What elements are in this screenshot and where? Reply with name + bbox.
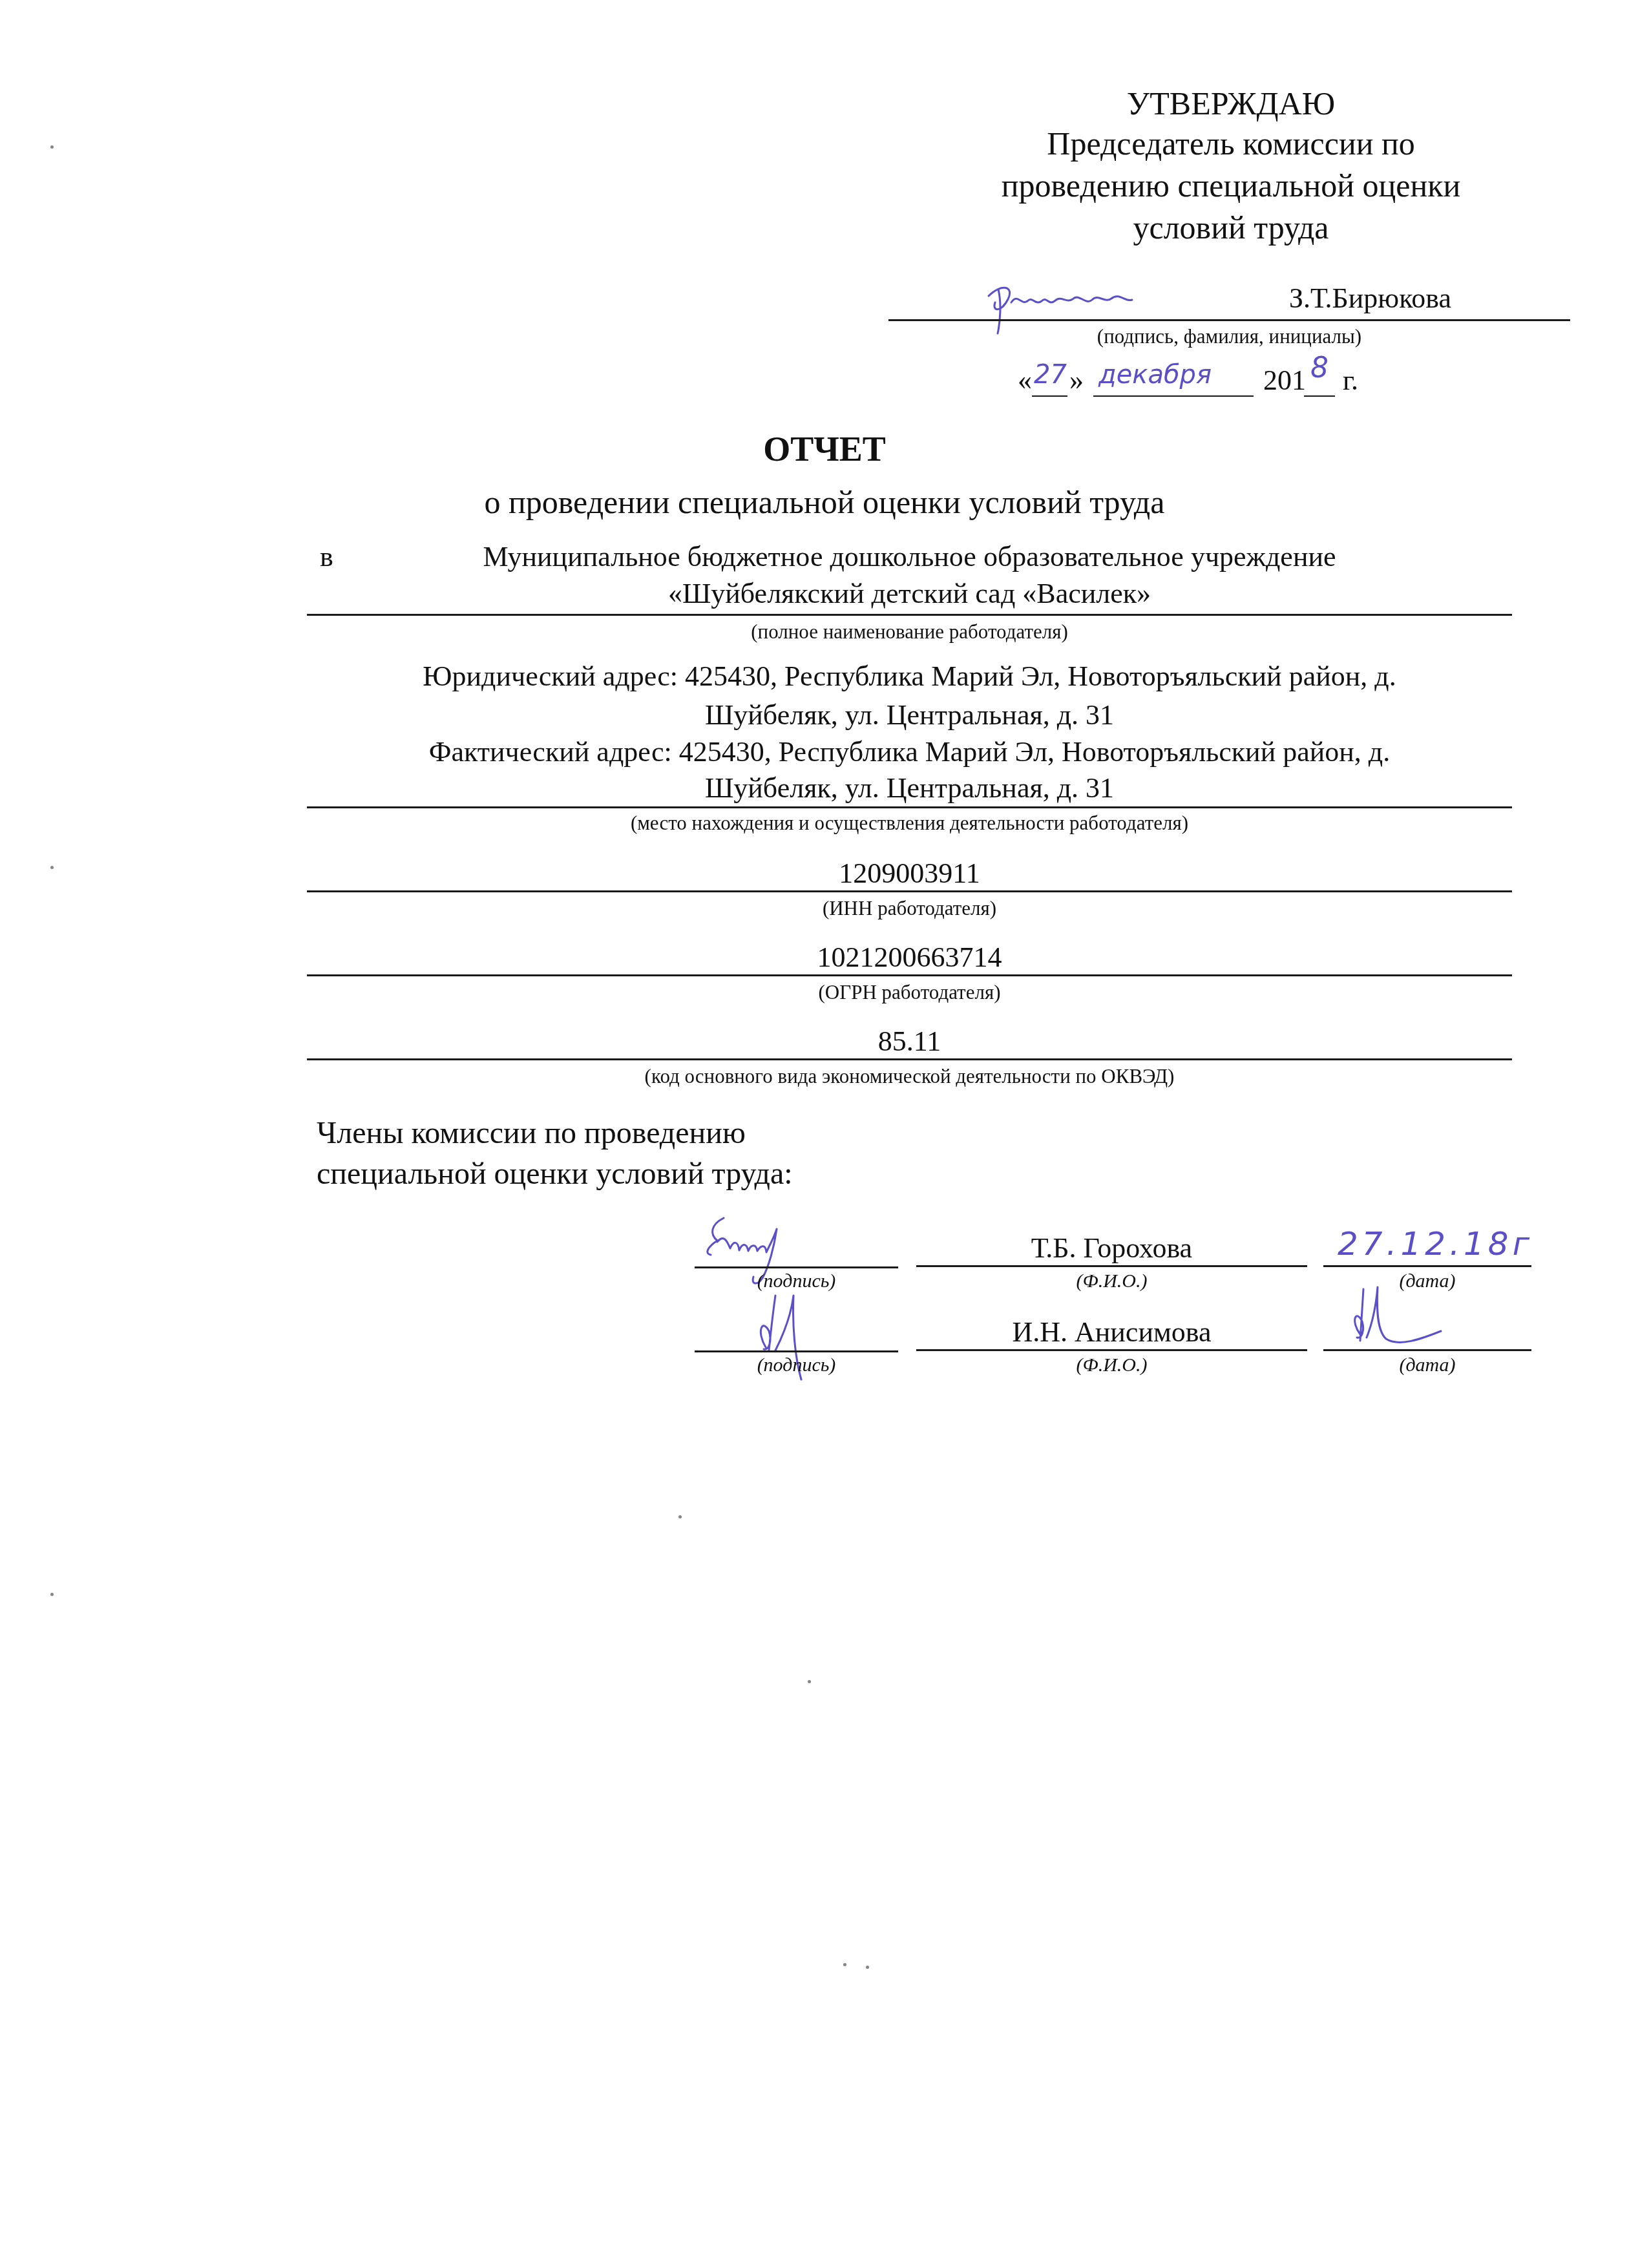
report-subtitle: о проведении специальной оценки условий …: [0, 486, 1649, 518]
legal-address-line-1: Юридический адрес: 425430, Республика Ма…: [307, 662, 1512, 691]
date-day-handwritten: 27: [1034, 362, 1067, 388]
scan-speck: [50, 145, 54, 149]
employer-name-caption: (полное наименование работодателя): [307, 622, 1512, 642]
ogrn-caption: (ОГРН работодателя): [307, 982, 1512, 1002]
okved-caption: (код основного вида экономической деятел…: [307, 1066, 1512, 1086]
approval-block: УТВЕРЖДАЮ Председатель комиссии по прове…: [892, 87, 1570, 253]
employer-name-line-2: «Шуйбелякский детский сад «Василек»: [307, 580, 1512, 608]
member-1-signature-line: [695, 1266, 898, 1268]
member-1-name-caption: (Ф.И.О.): [916, 1272, 1307, 1291]
scan-speck: [843, 1963, 846, 1966]
approval-position-line-1: Председатель комиссии по: [892, 127, 1570, 169]
scan-speck: [808, 1680, 811, 1683]
inn-line: [307, 890, 1512, 892]
member-2-name: И.Н. Анисимова: [916, 1318, 1307, 1347]
date-open-quote: «: [1018, 366, 1031, 395]
chairman-signature-caption: (подпись, фамилия, инициалы): [888, 326, 1570, 346]
inn-value: 1209003911: [307, 859, 1512, 888]
member-1-name: Т.Б. Горохова: [916, 1234, 1307, 1263]
scan-speck: [50, 1593, 54, 1596]
approval-position-line-3: условий труда: [892, 211, 1570, 253]
date-day-line: [1032, 395, 1067, 397]
member-1-name-line: [916, 1265, 1307, 1267]
member-2-date-signature-icon: [1338, 1286, 1493, 1357]
address-line: [307, 806, 1512, 808]
inn-caption: (ИНН работодателя): [307, 898, 1512, 918]
legal-address-line-2: Шуйбеляк, ул. Центральная, д. 31: [307, 701, 1512, 730]
chairman-name: З.Т.Бирюкова: [1289, 284, 1451, 313]
employer-name-line-1: Муниципальное бюджетное дошкольное образ…: [307, 543, 1512, 571]
date-year-line: [1304, 395, 1335, 397]
employer-name-line: [307, 614, 1512, 616]
date-year-suffix-label: г.: [1343, 366, 1358, 395]
member-2-name-line: [916, 1349, 1307, 1351]
date-close-quote: »: [1069, 366, 1084, 395]
actual-address-line-1: Фактический адрес: 425430, Республика Ма…: [307, 738, 1512, 766]
member-2-signature-caption: (подпись): [695, 1356, 898, 1375]
date-year-prefix: 201: [1263, 366, 1306, 395]
date-year-suffix-handwritten: 8: [1310, 354, 1329, 383]
member-2-signature-line: [695, 1350, 898, 1352]
actual-address-line-2: Шуйбеляк, ул. Центральная, д. 31: [307, 774, 1512, 803]
commission-title-line-2: специальной оценки условий труда:: [317, 1159, 793, 1190]
okved-line: [307, 1058, 1512, 1060]
commission-title-line-1: Члены комиссии по проведению: [317, 1118, 746, 1149]
report-title: ОТЧЕТ: [0, 432, 1649, 467]
member-2-name-caption: (Ф.И.О.): [916, 1356, 1307, 1375]
member-2-date-line: [1323, 1349, 1531, 1351]
approval-position-line-2: проведению специальной оценки: [892, 169, 1570, 211]
scan-speck: [678, 1515, 682, 1518]
scan-speck: [866, 1966, 869, 1969]
member-2-date-caption: (дата): [1323, 1356, 1531, 1375]
member-1-signature-caption: (подпись): [695, 1272, 898, 1291]
member-1-date-line: [1323, 1265, 1531, 1267]
scan-speck: [50, 866, 54, 869]
address-caption: (место нахождения и осуществления деятел…: [307, 813, 1512, 833]
chairman-signature-line: [888, 319, 1570, 321]
ogrn-value: 1021200663714: [307, 943, 1512, 972]
approval-title: УТВЕРЖДАЮ: [892, 87, 1570, 127]
date-month-handwritten: декабря: [1098, 362, 1212, 388]
member-1-date-handwritten: 27.12.18г: [1338, 1228, 1533, 1260]
ogrn-line: [307, 974, 1512, 976]
okved-value: 85.11: [307, 1027, 1512, 1056]
date-month-line: [1093, 395, 1254, 397]
